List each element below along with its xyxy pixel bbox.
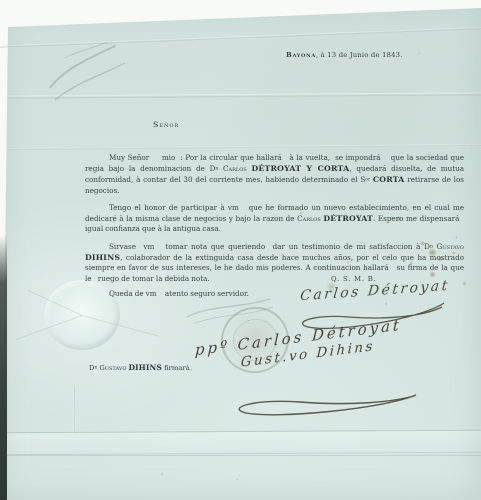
name-bold: DIHINS — [85, 253, 120, 262]
name-smallcaps: Carlos — [297, 214, 323, 223]
name-smallcaps: Gustavo — [99, 364, 128, 372]
paragraph-3: Sirvase vm tomar nota que queriendo dar … — [85, 242, 464, 285]
date-line: Bayona, à 13 de Junio de 1843. — [286, 51, 403, 59]
text-run: Queda de vm atento seguro servidor. — [109, 289, 249, 298]
letter-body: Muy Señor mio : Por la circular que hall… — [85, 153, 464, 299]
text-run: Sirvase vm tomar nota que queriendo dar … — [109, 242, 430, 251]
scanned-letter: Bayona, à 13 de Junio de 1843. Señor Muy… — [0, 0, 481, 500]
scanner-edge-strip — [0, 235, 7, 500]
name-bold: DÉTROYAT Y CORTA — [252, 164, 350, 173]
foxing-spot — [160, 472, 164, 476]
bottom-label: Dn Gustavo DIHINS firmará. — [89, 363, 192, 372]
text-run: , colaborador de la extinguida casa desd… — [85, 253, 464, 283]
foxing-spot — [236, 478, 239, 481]
foxing-spot — [384, 302, 388, 306]
name-bold: DIHINS — [129, 363, 162, 372]
name-bold: CORTA — [373, 175, 405, 184]
date-rest: , à 13 de Junio de 1843. — [316, 51, 403, 59]
paragraph-2: Tengo el honor de participar à vm que he… — [85, 203, 464, 235]
name-bold: DÉTROYAT — [323, 214, 373, 223]
salutation: Señor — [153, 120, 179, 129]
name-smallcaps: Carlos — [223, 164, 251, 173]
paragraph-1: Muy Señor mio : Por la circular que hall… — [85, 153, 464, 196]
name-smallcaps: Gustavo — [437, 242, 464, 251]
date-place: Bayona — [286, 51, 316, 59]
qsmb-abbreviation: Q. S. M. B. — [331, 275, 377, 283]
text-run: firmará. — [162, 364, 192, 372]
foxing-spot — [418, 52, 421, 55]
